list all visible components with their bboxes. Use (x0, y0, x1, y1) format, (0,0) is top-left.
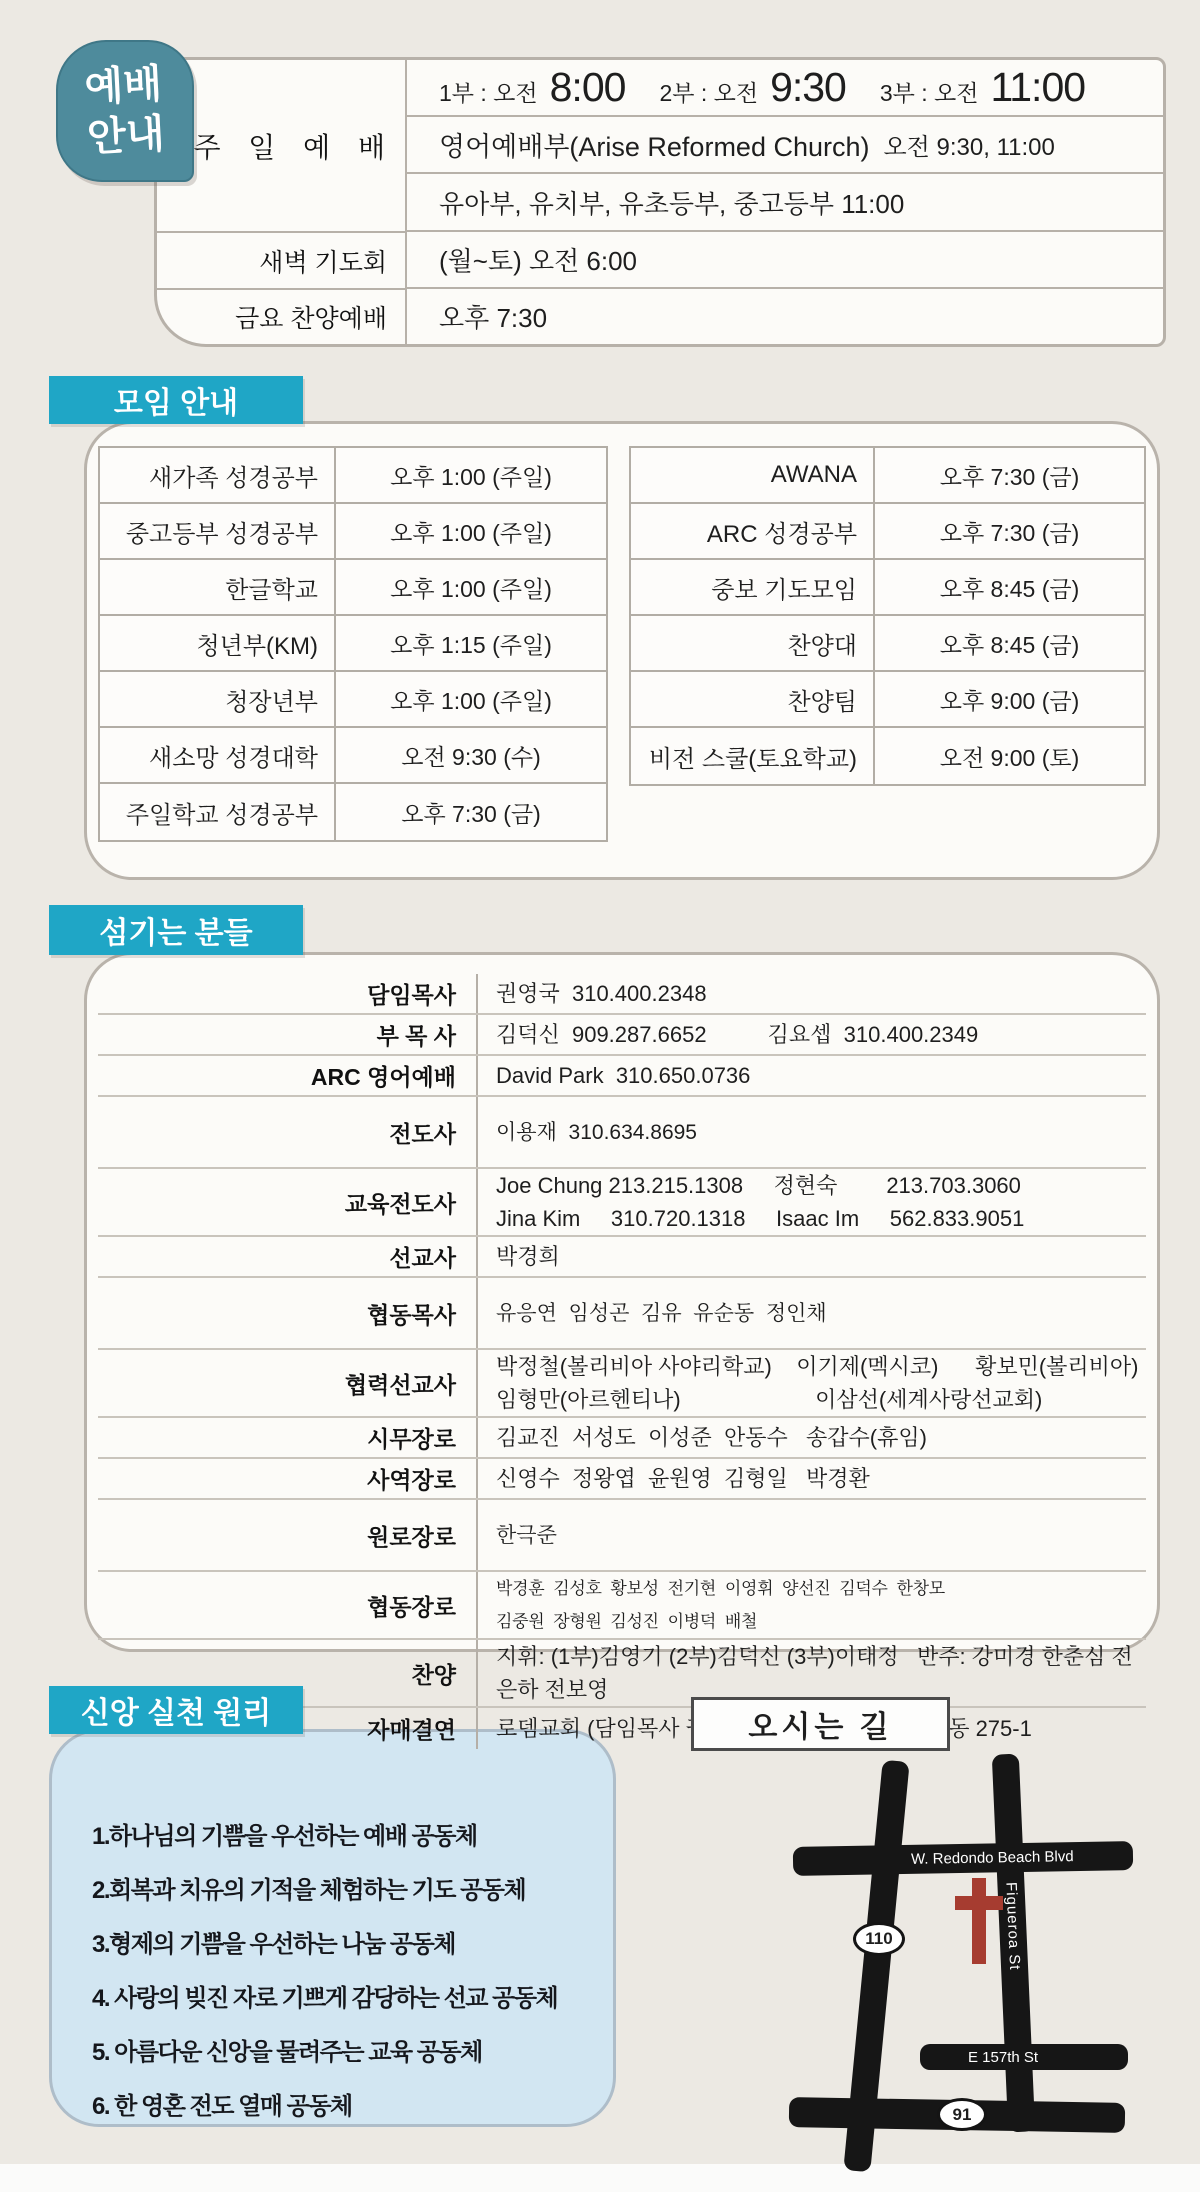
friday-praise-time: 오후 7:30 (439, 298, 547, 335)
figueroa-street-label: Figueroa St (1002, 1882, 1030, 2133)
meeting-row: AWANA 오후 7:30 (금) (631, 448, 1144, 504)
meeting-time: 오전 9:30 (수) (336, 728, 606, 782)
servant-role-label: 협동장로 (98, 1572, 478, 1638)
children-ministry-text: 유아부, 유치부, 유초등부, 중고등부 11:00 (439, 184, 904, 221)
church-cross-icon (955, 1878, 1003, 1964)
meeting-time: 오후 7:30 (금) (875, 504, 1144, 558)
meeting-row: 중고등부 성경공부 오후 1:00 (주일) (100, 504, 606, 560)
worship-guide-badge-label: 예배 안내 (84, 59, 166, 163)
meeting-name: 청년부(KM) (100, 616, 336, 670)
worship-schedule-label-column: 주 일 예 배 새벽 기도회 금요 찬양예배 (157, 60, 407, 344)
meeting-time: 오후 1:00 (주일) (336, 504, 606, 558)
principle-item: 4. 사랑의 빚진 자로 기쁘게 감당하는 선교 공동체 (92, 1978, 595, 2013)
servant-role-label: 부 목 사 (98, 1015, 478, 1054)
meetings-table-right: AWANA 오후 7:30 (금) ARC 성경공부 오후 7:30 (금) 중… (629, 446, 1146, 786)
servant-names: 김덕신 909.287.6652 김요셉 310.400.2349 (478, 1018, 978, 1051)
servant-names-line1: 박경훈 김성호 황보성 전기현 이영휘 양선진 김덕수 한창모 (496, 1572, 945, 1605)
directions-map: Figueroa St W. Redondo Beach Blvd E 157t… (775, 1752, 1155, 2182)
meeting-row: 한글학교 오후 1:00 (주일) (100, 560, 606, 616)
servant-row: 담임목사 권영국 310.400.2348 (98, 974, 1146, 1015)
meeting-row: 청년부(KM) 오후 1:15 (주일) (100, 616, 606, 672)
servant-role-label: 협동목사 (98, 1278, 478, 1348)
meeting-time: 오후 1:15 (주일) (336, 616, 606, 670)
servant-row: 교육전도사 Joe Chung 213.215.1308 정현숙 213.703… (98, 1169, 1146, 1237)
service-2: 2부 : 오전 9:30 (659, 64, 845, 111)
meeting-time: 오후 1:00 (주일) (336, 448, 606, 502)
highway-110-badge: 110 (853, 1922, 905, 1956)
meeting-name: 한글학교 (100, 560, 336, 614)
servant-row: 부 목 사 김덕신 909.287.6652 김요셉 310.400.2349 (98, 1015, 1146, 1056)
servant-role-label: 협력선교사 (98, 1350, 478, 1416)
sunday-worship-label: 주 일 예 배 (157, 60, 405, 231)
servant-role-label: ARC 영어예배 (98, 1056, 478, 1095)
principle-item: 6. 한 영혼 전도 열매 공동체 (92, 2086, 595, 2121)
english-ministry-name: 영어예배부(Arise Reformed Church) (439, 125, 870, 164)
friday-praise-row: 오후 7:30 (407, 289, 1163, 344)
meeting-name: 중보 기도모임 (631, 560, 875, 614)
meeting-time: 오후 9:00 (금) (875, 672, 1144, 726)
servant-names: 유응연 임성곤 김유 유순동 정인채 (478, 1297, 827, 1330)
meeting-row: 주일학교 성경공부 오후 7:30 (금) (100, 784, 606, 840)
meeting-name: 찬양팀 (631, 672, 875, 726)
dawn-prayer-label: 새벽 기도회 (157, 231, 405, 288)
servant-names-line1: 박정철(볼리비아 사야리학교) 이기제(멕시코) 황보민(볼리비아) (496, 1350, 1139, 1383)
principle-item: 1.하나님의 기쁨을 우선하는 예배 공동체 (92, 1816, 595, 1851)
meeting-time: 오후 7:30 (금) (336, 784, 606, 840)
children-ministry-row: 유아부, 유치부, 유초등부, 중고등부 11:00 (407, 174, 1163, 231)
meeting-name: 새가족 성경공부 (100, 448, 336, 502)
servant-names: 박정철(볼리비아 사야리학교) 이기제(멕시코) 황보민(볼리비아) 임형만(아… (478, 1350, 1139, 1416)
servant-names-line1: 유응연 임성곤 김유 유순동 정인채 (496, 1297, 827, 1330)
church-cross-horizontal-bar (955, 1896, 1003, 1910)
church-bulletin-page: 예배 안내 주 일 예 배 새벽 기도회 금요 찬양예배 1부 : 오전 8:0… (0, 0, 1200, 2192)
servant-names-line2: 임형만(아르헨티나) 이삼선(세계사랑선교회) (496, 1383, 1139, 1416)
meeting-row: 새가족 성경공부 오후 1:00 (주일) (100, 448, 606, 504)
church-cross-vertical-bar (972, 1878, 986, 1964)
servant-names: 김교진 서성도 이성준 안동수 송갑수(휴임) (478, 1421, 927, 1454)
meeting-name: 찬양대 (631, 616, 875, 670)
meeting-row: 새소망 성경대학 오전 9:30 (수) (100, 728, 606, 784)
service-1: 1부 : 오전 8:00 (439, 64, 625, 111)
servants-section-header: 섬기는 분들 (49, 905, 303, 955)
servant-names: 박경훈 김성호 황보성 전기현 이영휘 양선진 김덕수 한창모 김중원 장형원 … (478, 1572, 945, 1638)
service-3-label: 3부 : 오전 (880, 75, 979, 108)
servant-names-line1: 박경희 (496, 1240, 560, 1273)
friday-praise-label: 금요 찬양예배 (157, 288, 405, 344)
meeting-row: ARC 성경공부 오후 7:30 (금) (631, 504, 1144, 560)
worship-schedule-table: 주 일 예 배 새벽 기도회 금요 찬양예배 1부 : 오전 8:00 2부 :… (154, 57, 1166, 347)
e-157th-st-road: E 157th St (920, 2044, 1128, 2070)
servant-role-label: 전도사 (98, 1097, 478, 1167)
meeting-name: ARC 성경공부 (631, 504, 875, 558)
meeting-time: 오후 8:45 (금) (875, 616, 1144, 670)
meeting-name: 중고등부 성경공부 (100, 504, 336, 558)
servant-row: 협동장로 박경훈 김성호 황보성 전기현 이영휘 양선진 김덕수 한창모 김중원… (98, 1572, 1146, 1640)
servant-role-label: 사역장로 (98, 1459, 478, 1498)
service-1-time: 8:00 (550, 64, 626, 111)
servant-names: 이용재 310.634.8695 (478, 1116, 697, 1149)
servant-names: 한극준 (478, 1519, 557, 1552)
meeting-time: 오후 1:00 (주일) (336, 560, 606, 614)
servant-names: 신영수 정왕엽 윤원영 김형일 박경환 (478, 1462, 870, 1495)
service-3-time: 11:00 (991, 64, 1086, 111)
dawn-prayer-row: (월~토) 오전 6:00 (407, 232, 1163, 289)
meeting-row: 찬양대 오후 8:45 (금) (631, 616, 1144, 672)
worship-guide-badge: 예배 안내 (56, 40, 194, 182)
servant-role-label: 담임목사 (98, 974, 478, 1013)
servant-row: 전도사 이용재 310.634.8695 (98, 1097, 1146, 1169)
servant-role-label: 선교사 (98, 1237, 478, 1276)
service-2-label: 2부 : 오전 (659, 75, 758, 108)
meetings-table-left: 새가족 성경공부 오후 1:00 (주일) 중고등부 성경공부 오후 1:00 … (98, 446, 608, 842)
servant-row: 협력선교사 박정철(볼리비아 사야리학교) 이기제(멕시코) 황보민(볼리비아)… (98, 1350, 1146, 1418)
meeting-row: 청장년부 오후 1:00 (주일) (100, 672, 606, 728)
servant-row: 시무장로 김교진 서성도 이성준 안동수 송갑수(휴임) (98, 1418, 1146, 1459)
meeting-time: 오후 8:45 (금) (875, 560, 1144, 614)
servant-row: 사역장로 신영수 정왕엽 윤원영 김형일 박경환 (98, 1459, 1146, 1500)
meetings-section-header: 모임 안내 (49, 376, 303, 424)
meeting-row: 중보 기도모임 오후 8:45 (금) (631, 560, 1144, 616)
principles-section-header: 신앙 실천 원리 (49, 1686, 303, 1734)
meeting-row: 찬양팀 오후 9:00 (금) (631, 672, 1144, 728)
servant-names-line1: Joe Chung 213.215.1308 정현숙 213.703.3060 (496, 1169, 1024, 1202)
servant-names-line1: 한극준 (496, 1519, 557, 1552)
servant-names: Joe Chung 213.215.1308 정현숙 213.703.3060 … (478, 1169, 1024, 1235)
servant-row: 선교사 박경희 (98, 1237, 1146, 1278)
servant-role-label: 원로장로 (98, 1500, 478, 1570)
service-1-label: 1부 : 오전 (439, 75, 538, 108)
servant-names: David Park 310.650.0736 (478, 1059, 750, 1092)
english-ministry-time: 오전 9:30, 11:00 (884, 127, 1055, 162)
servant-names-line1: David Park 310.650.0736 (496, 1059, 750, 1092)
service-2-time: 9:30 (770, 64, 846, 111)
dawn-prayer-time: (월~토) 오전 6:00 (439, 241, 637, 278)
meeting-name: 주일학교 성경공부 (100, 784, 336, 840)
servant-names-line1: 김교진 서성도 이성준 안동수 송갑수(휴임) (496, 1421, 927, 1454)
meeting-name: 새소망 성경대학 (100, 728, 336, 782)
servants-list: 담임목사 권영국 310.400.2348 부 목 사 김덕신 909.287.… (98, 974, 1146, 1749)
directions-title: 오시는 길 (691, 1697, 950, 1751)
servant-row: 원로장로 한극준 (98, 1500, 1146, 1572)
sunday-service-times-row: 1부 : 오전 8:00 2부 : 오전 9:30 3부 : 오전 11:00 (407, 60, 1163, 117)
meeting-name: AWANA (631, 448, 875, 502)
meeting-name: 비전 스쿨(토요학교) (631, 728, 875, 784)
english-ministry-row: 영어예배부(Arise Reformed Church) 오전 9:30, 11… (407, 117, 1163, 174)
servant-names-line2: Jina Kim 310.720.1318 Isaac Im 562.833.9… (496, 1202, 1024, 1235)
principles-box: 1.하나님의 기쁨을 우선하는 예배 공동체 2.회복과 치유의 기적을 체험하… (49, 1729, 616, 2127)
e-157th-st-label: E 157th St (968, 2049, 1038, 2066)
servant-names: 권영국 310.400.2348 (478, 977, 707, 1010)
servant-role-label: 교육전도사 (98, 1169, 478, 1235)
meeting-row: 비전 스쿨(토요학교) 오전 9:00 (토) (631, 728, 1144, 784)
redondo-beach-blvd-road: W. Redondo Beach Blvd (793, 1841, 1133, 1876)
principle-item: 5. 아름다운 신앙을 물려주는 교육 공동체 (92, 2032, 595, 2067)
highway-91-badge: 91 (937, 2098, 987, 2131)
meeting-name: 청장년부 (100, 672, 336, 726)
principle-item: 2.회복과 치유의 기적을 체험하는 기도 공동체 (92, 1870, 595, 1905)
servant-names-line1: 신영수 정왕엽 윤원영 김형일 박경환 (496, 1462, 870, 1495)
servant-names-line1: 이용재 310.634.8695 (496, 1116, 697, 1149)
meeting-time: 오후 7:30 (금) (875, 448, 1144, 502)
servant-row: 협동목사 유응연 임성곤 김유 유순동 정인채 (98, 1278, 1146, 1350)
service-3: 3부 : 오전 11:00 (880, 64, 1085, 111)
worship-schedule-values: 1부 : 오전 8:00 2부 : 오전 9:30 3부 : 오전 11:00 … (407, 60, 1163, 344)
servant-names: 박경희 (478, 1240, 560, 1273)
meeting-time: 오전 9:00 (토) (875, 728, 1144, 784)
servant-role-label: 시무장로 (98, 1418, 478, 1457)
redondo-beach-blvd-label: W. Redondo Beach Blvd (911, 1848, 1074, 1868)
servant-names-line1: 권영국 310.400.2348 (496, 977, 707, 1010)
servant-row: ARC 영어예배 David Park 310.650.0736 (98, 1056, 1146, 1097)
servant-names-line2: 김중원 장형원 김성진 이병덕 배철 (496, 1605, 945, 1638)
meeting-time: 오후 1:00 (주일) (336, 672, 606, 726)
principle-item: 3.형제의 기쁨을 우선하는 나눔 공동체 (92, 1924, 595, 1959)
servant-names-line1: 김덕신 909.287.6652 김요셉 310.400.2349 (496, 1018, 978, 1051)
